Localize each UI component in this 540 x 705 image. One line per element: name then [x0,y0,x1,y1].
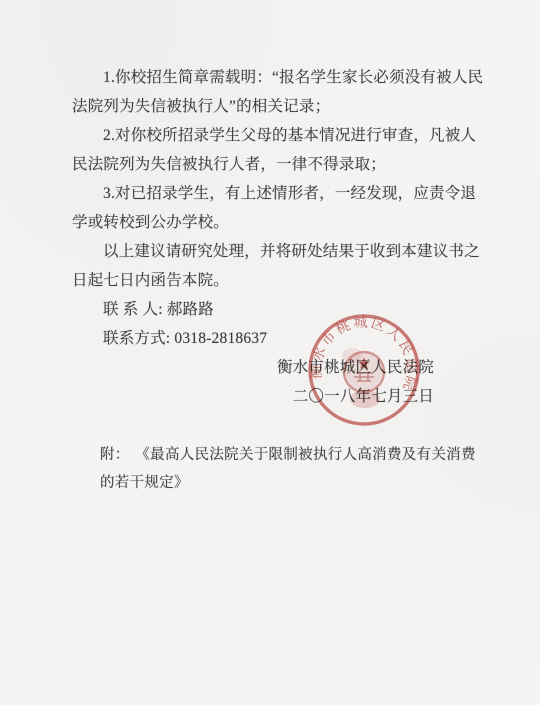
paragraph-2: 2.对你校所招录学生父母的基本情况进行审查，凡被人民法院列为失信被执行人者，一律… [72,121,488,179]
attachment-note: 附：《最高人民法院关于限制被执行人高消费及有关消费的若干规定》 [100,441,488,497]
attachment-title: 《最高人民法院关于限制被执行人高消费及有关消费的若干规定》 [100,447,476,491]
attachment-label: 附： [100,447,130,463]
national-emblem-icon [344,352,384,392]
paragraph-3: 3.对已招录学生，有上述情形者，一经发现，应责令退学或转校到公办学校。 [72,179,488,237]
scanned-court-document: 1.你校招生简章需载明：“报名学生家长必须没有被人民法院列为失信被执行人”的相关… [0,0,540,705]
contact-phone-label: 联系方式: [103,330,174,347]
contact-phone-number: 0318-2818637 [174,330,267,347]
official-seal: 衡水市桃城区人民法院 [292,300,438,442]
paragraph-1: 1.你校招生简章需载明：“报名学生家长必须没有被人民法院列为失信被执行人”的相关… [72,63,488,121]
paragraph-4: 以上建议请研究处理，并将研处结果于收到本建议书之日起七日内函告本院。 [72,237,488,295]
